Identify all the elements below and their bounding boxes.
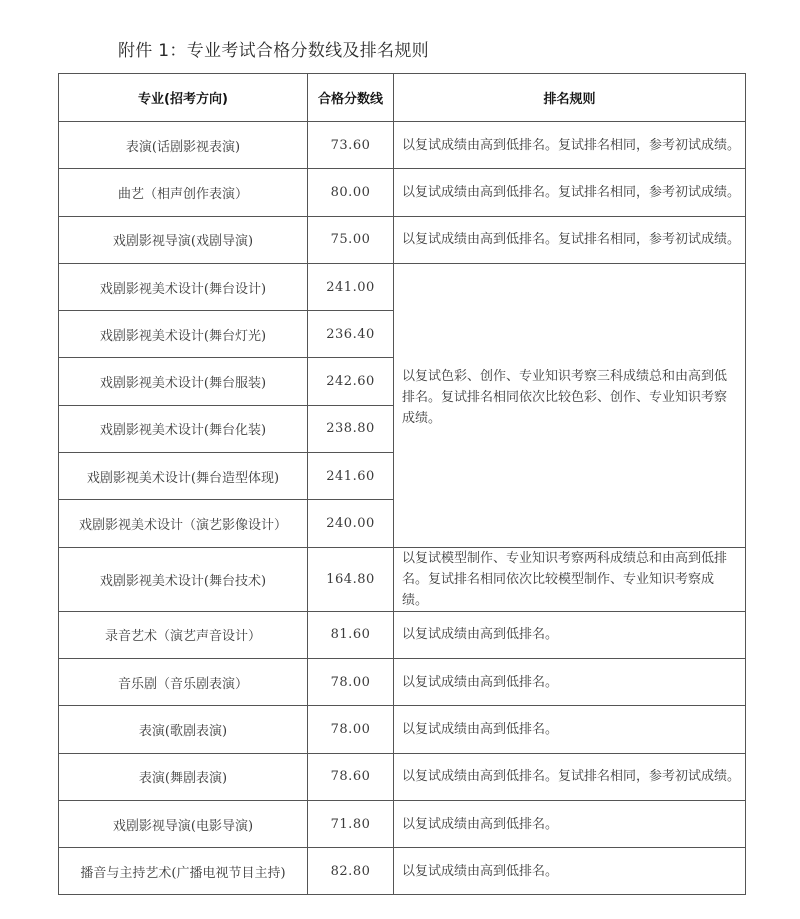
rule-cell: 以复试成绩由高到低排名。复试排名相同，参考初试成绩。 <box>394 753 746 800</box>
major-cell: 戏剧影视导演(电影导演) <box>59 800 308 847</box>
score-cell: 164.80 <box>308 547 394 611</box>
header-major: 专业(招考方向) <box>59 74 308 122</box>
score-cell: 238.80 <box>308 405 394 452</box>
rule-cell: 以复试成绩由高到低排名。复试排名相同，参考初试成绩。 <box>394 122 746 169</box>
document-title: 附件 1：专业考试合格分数线及排名规则 <box>118 36 429 61</box>
table-row: 录音艺术（演艺声音设计） 81.60 以复试成绩由高到低排名。 <box>59 611 746 658</box>
table-row: 戏剧影视导演(戏剧导演) 75.00 以复试成绩由高到低排名。复试排名相同，参考… <box>59 216 746 263</box>
table-row: 表演(话剧影视表演) 73.60 以复试成绩由高到低排名。复试排名相同，参考初试… <box>59 122 746 169</box>
table-row: 音乐剧（音乐剧表演） 78.00 以复试成绩由高到低排名。 <box>59 658 746 705</box>
major-cell: 戏剧影视美术设计(舞台服装) <box>59 358 308 405</box>
table-row: 戏剧影视美术设计(舞台技术) 164.80 以复试模型制作、专业知识考察两科成绩… <box>59 547 746 611</box>
rule-cell-merged: 以复试色彩、创作、专业知识考察三科成绩总和由高到低排名。复试排名相同依次比较色彩… <box>394 263 746 547</box>
score-cell: 78.60 <box>308 753 394 800</box>
major-cell: 表演(舞剧表演) <box>59 753 308 800</box>
header-score: 合格分数线 <box>308 74 394 122</box>
score-cell: 73.60 <box>308 122 394 169</box>
score-cell: 242.60 <box>308 358 394 405</box>
major-cell: 曲艺（相声创作表演） <box>59 169 308 216</box>
score-cell: 80.00 <box>308 169 394 216</box>
score-cell: 71.80 <box>308 800 394 847</box>
score-cell: 82.80 <box>308 848 394 895</box>
major-cell: 表演(歌剧表演) <box>59 706 308 753</box>
major-cell: 戏剧影视美术设计（演艺影像设计） <box>59 500 308 547</box>
table-row: 播音与主持艺术(广播电视节目主持) 82.80 以复试成绩由高到低排名。 <box>59 848 746 895</box>
table-row: 表演(歌剧表演) 78.00 以复试成绩由高到低排名。 <box>59 706 746 753</box>
score-cell: 81.60 <box>308 611 394 658</box>
table-row: 曲艺（相声创作表演） 80.00 以复试成绩由高到低排名。复试排名相同，参考初试… <box>59 169 746 216</box>
score-cell: 241.00 <box>308 263 394 310</box>
rule-cell: 以复试成绩由高到低排名。复试排名相同，参考初试成绩。 <box>394 169 746 216</box>
major-cell: 表演(话剧影视表演) <box>59 122 308 169</box>
major-cell: 戏剧影视美术设计(舞台设计) <box>59 263 308 310</box>
table-row: 戏剧影视美术设计(舞台设计) 241.00 以复试色彩、创作、专业知识考察三科成… <box>59 263 746 310</box>
score-cell: 240.00 <box>308 500 394 547</box>
rule-cell: 以复试成绩由高到低排名。复试排名相同，参考初试成绩。 <box>394 216 746 263</box>
major-cell: 戏剧影视美术设计(舞台技术) <box>59 547 308 611</box>
rule-cell: 以复试成绩由高到低排名。 <box>394 611 746 658</box>
major-cell: 戏剧影视导演(戏剧导演) <box>59 216 308 263</box>
score-table: 专业(招考方向) 合格分数线 排名规则 表演(话剧影视表演) 73.60 以复试… <box>58 73 746 895</box>
major-cell: 戏剧影视美术设计(舞台造型体现) <box>59 453 308 500</box>
header-row: 专业(招考方向) 合格分数线 排名规则 <box>59 74 746 122</box>
score-cell: 241.60 <box>308 453 394 500</box>
rule-cell: 以复试成绩由高到低排名。 <box>394 848 746 895</box>
major-cell: 录音艺术（演艺声音设计） <box>59 611 308 658</box>
major-cell: 音乐剧（音乐剧表演） <box>59 658 308 705</box>
major-cell: 播音与主持艺术(广播电视节目主持) <box>59 848 308 895</box>
major-cell: 戏剧影视美术设计(舞台化装) <box>59 405 308 452</box>
major-cell: 戏剧影视美术设计(舞台灯光) <box>59 311 308 358</box>
rule-cell: 以复试成绩由高到低排名。 <box>394 800 746 847</box>
table-row: 表演(舞剧表演) 78.60 以复试成绩由高到低排名。复试排名相同，参考初试成绩… <box>59 753 746 800</box>
rule-cell: 以复试成绩由高到低排名。 <box>394 658 746 705</box>
score-cell: 75.00 <box>308 216 394 263</box>
table-row: 戏剧影视导演(电影导演) 71.80 以复试成绩由高到低排名。 <box>59 800 746 847</box>
header-rule: 排名规则 <box>394 74 746 122</box>
rule-cell: 以复试成绩由高到低排名。 <box>394 706 746 753</box>
rule-cell: 以复试模型制作、专业知识考察两科成绩总和由高到低排名。复试排名相同依次比较模型制… <box>394 547 746 611</box>
score-cell: 78.00 <box>308 658 394 705</box>
score-cell: 78.00 <box>308 706 394 753</box>
score-cell: 236.40 <box>308 311 394 358</box>
